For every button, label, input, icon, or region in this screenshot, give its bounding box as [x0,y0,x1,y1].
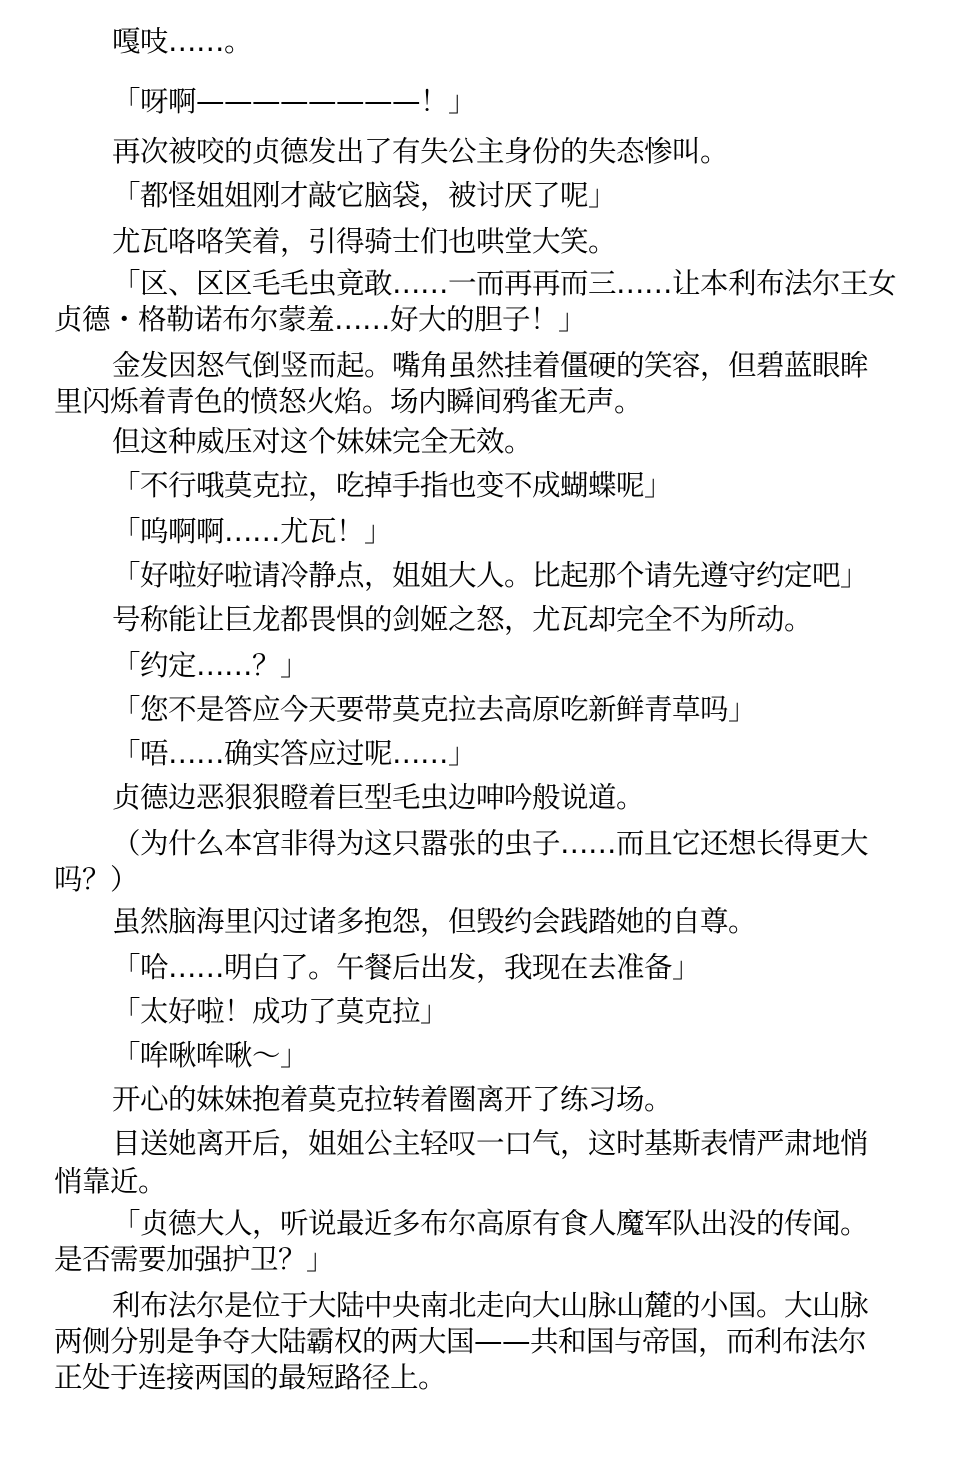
text-line: 嘎吱……。 [112,26,252,58]
text-line: 开心的妹妹抱着莫克拉转着圈离开了练习场。 [112,1084,672,1116]
text-line: 尤瓦咯咯笑着，引得骑士们也哄堂大笑。 [112,226,616,258]
text-line: 「哞啾哞啾～」 [112,1040,308,1072]
text-line: 利布法尔是位于大陆中央南北走向大山脉山麓的小国。大山脉 [112,1290,868,1322]
text-line: 「不行哦莫克拉，吃掉手指也变不成蝴蝶呢」 [112,470,672,502]
text-line: 「呀啊————————！」 [112,86,476,118]
text-line: 「哈……明白了。午餐后出发，我现在去准备」 [112,952,700,984]
text-line: 两侧分别是争夺大陆霸权的两大国——共和国与帝国，而利布法尔 [54,1326,866,1358]
text-line: （为什么本宫非得为这只嚣张的虫子……而且它还想长得更大 [112,828,868,860]
text-line: 「贞德大人，听说最近多布尔高原有食人魔军队出没的传闻。 [112,1208,868,1240]
text-line: 贞德・格勒诺布尔蒙羞……好大的胆子！」 [54,304,586,336]
text-line: 吗？） [54,864,138,896]
text-line: 正处于连接两国的最短路径上。 [54,1362,446,1394]
text-line: 悄靠近。 [54,1166,166,1198]
text-line: 「都怪姐姐刚才敲它脑袋，被讨厌了呢」 [112,180,616,212]
text-line: 里闪烁着青色的愤怒火焰。场内瞬间鸦雀无声。 [54,386,642,418]
text-line: 金发因怒气倒竖而起。嘴角虽然挂着僵硬的笑容，但碧蓝眼眸 [112,350,868,382]
text-line: 贞德边恶狠狠瞪着巨型毛虫边呻吟般说道。 [112,782,644,814]
text-line: 「太好啦！成功了莫克拉」 [112,996,448,1028]
text-line: 「好啦好啦请冷静点，姐姐大人。比起那个请先遵守约定吧」 [112,560,868,592]
text-line: 「约定……？」 [112,650,308,682]
text-line: 「唔……确实答应过呢……」 [112,738,476,770]
text-line: 再次被咬的贞德发出了有失公主身份的失态惨叫。 [112,136,728,168]
text-line: 但这种威压对这个妹妹完全无效。 [112,426,532,458]
text-line: 虽然脑海里闪过诸多抱怨，但毁约会践踏她的自尊。 [112,906,756,938]
text-line: 「区、区区毛毛虫竟敢……一而再再而三……让本利布法尔王女 [112,268,896,300]
text-line: 号称能让巨龙都畏惧的剑姬之怒，尤瓦却完全不为所动。 [112,604,812,636]
text-line: 是否需要加强护卫？」 [54,1244,334,1276]
text-line: 目送她离开后，姐姐公主轻叹一口气，这时基斯表情严肃地悄 [112,1128,868,1160]
text-line: 「呜啊啊……尤瓦！」 [112,516,392,548]
text-line: 「您不是答应今天要带莫克拉去高原吃新鲜青草吗」 [112,694,756,726]
